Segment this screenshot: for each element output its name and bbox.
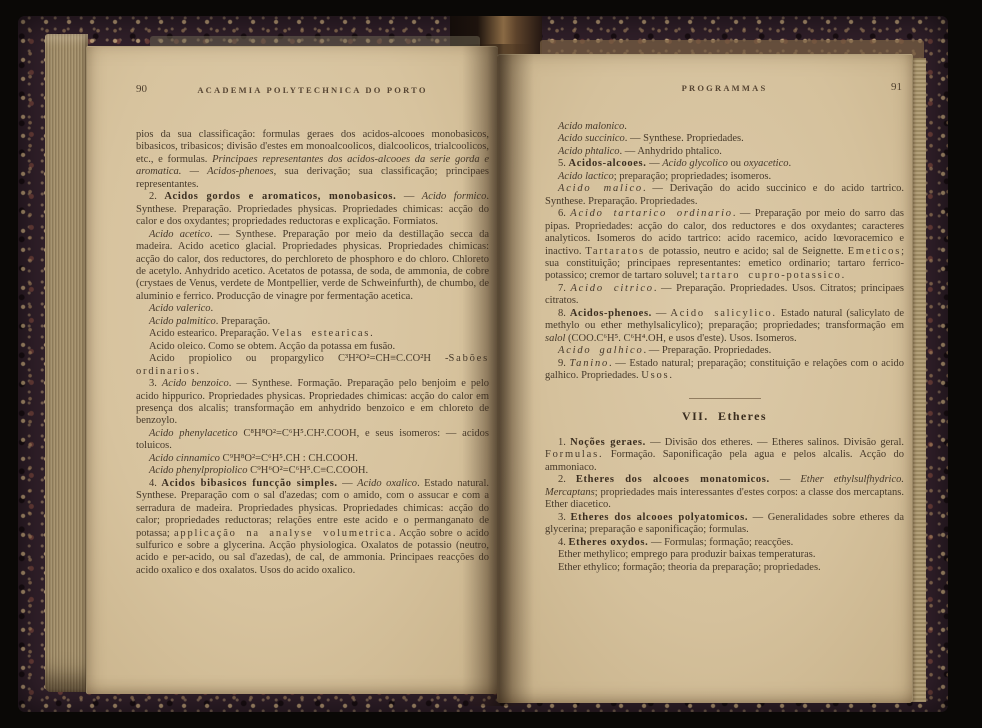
paragraph: Acido malico. — Derivação do acido succi… xyxy=(545,183,904,208)
page-stack-fore-edge xyxy=(45,34,88,692)
paragraph: Acido phtalico. — Anhydrido phtalico. xyxy=(545,146,904,158)
left-page: 90 ACADEMIA POLYTECHNICA DO PORTO pios d… xyxy=(86,46,498,694)
paragraph: 4. Acidos bibasicos funcção simples. — A… xyxy=(136,478,489,578)
paragraph: Acido estearico. Preparação. Velas estea… xyxy=(136,328,489,340)
right-page: PROGRAMMAS 91 Acido malonico.Acido succi… xyxy=(497,54,913,703)
paragraph: Acido phenylacetico C⁸H⁸O²=C⁶H⁵.CH².COOH… xyxy=(136,428,489,453)
section-divider xyxy=(689,398,761,399)
paragraph: 8. Acidos-phenoes. — Acido salicylico. E… xyxy=(545,308,904,345)
right-running-header: PROGRAMMAS xyxy=(545,83,904,93)
right-page-number: 91 xyxy=(891,81,902,93)
paragraph: Acido malonico. xyxy=(545,121,904,133)
paragraph: Acido lactico; preparação; propriedades;… xyxy=(545,171,904,183)
right-page-top-block: Acido malonico.Acido succinico. — Synthe… xyxy=(545,121,904,383)
paragraph: Acido acetico. — Synthese. Preparação po… xyxy=(136,229,489,304)
left-page-header: 90 ACADEMIA POLYTECHNICA DO PORTO xyxy=(136,85,489,99)
paragraph: Acido palmitico. Preparação. xyxy=(136,316,489,328)
left-page-number: 90 xyxy=(136,83,147,95)
left-page-text: pios da sua classificação: formulas gera… xyxy=(136,129,489,577)
paragraph: 6. Acido tartarico ordinario. — Preparaç… xyxy=(545,208,904,283)
paragraph: 7. Acido citrico. — Preparação. Propried… xyxy=(545,283,904,308)
paragraph: pios da sua classificação: formulas gera… xyxy=(136,129,489,191)
right-page-text: Acido malonico.Acido succinico. — Synthe… xyxy=(545,121,904,574)
paragraph: 3. Etheres dos alcooes polyatomicos. — G… xyxy=(545,512,904,537)
paragraph: 3. Acido benzoico. — Synthese. Formação.… xyxy=(136,378,489,428)
paragraph: Acido propiolico ou propargylico C³H²O²=… xyxy=(136,353,489,378)
paragraph: Acido valerico. xyxy=(136,303,489,315)
paragraph: 2. Acidos gordos e aromaticos, monobasic… xyxy=(136,191,489,228)
paragraph: Acido galhico. — Preparação. Propriedade… xyxy=(545,345,904,357)
photo-background: { "colors":{"background":"#0a0806","cove… xyxy=(0,0,982,728)
paragraph: 9. Tanino. — Estado natural; preparação;… xyxy=(545,358,904,383)
paragraph: Acido succinico. — Synthese. Propriedade… xyxy=(545,133,904,145)
paragraph: Acido cinnamico C⁹H⁸O²=C⁶H⁵.CH : CH.COOH… xyxy=(136,453,489,465)
paragraph: Acido phenylpropiolico C⁹H⁶O²=C⁶H⁵.C≡C.C… xyxy=(136,465,489,477)
paragraph: Ether ethylico; formação; theoria da pre… xyxy=(545,562,904,574)
paragraph: Acido oleico. Como se obtem. Acção da po… xyxy=(136,341,489,353)
paragraph: 5. Acidos-alcooes. — Acido glycolico ou … xyxy=(545,158,904,170)
page-stack-right-edge xyxy=(912,58,926,702)
right-page-bottom-block: 1. Noções geraes. — Divisão dos etheres.… xyxy=(545,437,904,574)
right-page-header: PROGRAMMAS 91 xyxy=(545,83,904,97)
paragraph: 1. Noções geraes. — Divisão dos etheres.… xyxy=(545,437,904,474)
paragraph: 4. Etheres oxydos. — Formulas; formação;… xyxy=(545,537,904,549)
left-running-header: ACADEMIA POLYTECHNICA DO PORTO xyxy=(136,85,489,95)
paragraph: 2. Etheres dos alcooes monatomicos. — Et… xyxy=(545,474,904,511)
section-heading: VII. Etheres xyxy=(545,410,904,422)
paragraph: Ether methylico; emprego para produzir b… xyxy=(545,549,904,561)
